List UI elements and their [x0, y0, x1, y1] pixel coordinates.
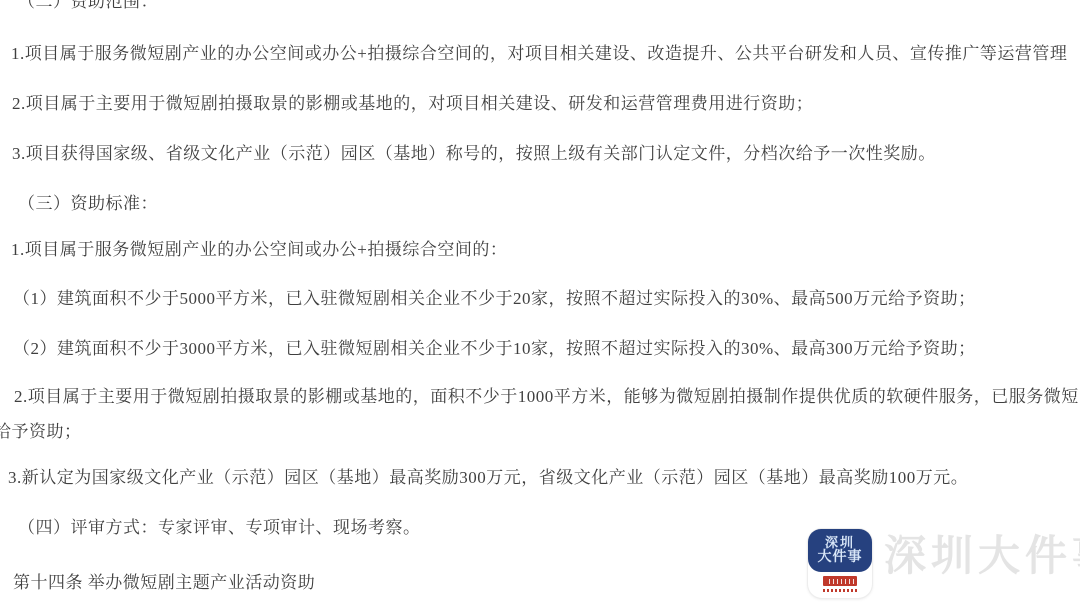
app-icon-red-dots [823, 589, 857, 592]
app-icon-text-line1: 深圳 [825, 536, 855, 550]
scope-item-3: 3.项目获得国家级、省级文化产业（示范）园区（基地）称号的，按照上级有关部门认定… [12, 144, 936, 163]
shenzhen-dajianshi-app-icon: 深圳 大件事 [808, 529, 872, 598]
standard-item-2-line-1: 2.项目属于主要用于微短剧拍摄取景的影棚或基地的，面积不少于1000平方米，能够… [14, 387, 1079, 406]
heading-funding-standard: （三）资助标准： [18, 194, 158, 213]
publisher-watermark: 深圳 大件事 深圳大件事 [806, 528, 1080, 606]
standard-item-1-sub-1: （1）建筑面积不少于5000平方米，已入驻微短剧相关企业不少于20家，按照不超过… [13, 289, 976, 308]
standard-item-3: 3.新认定为国家级文化产业（示范）园区（基地）最高奖励300万元，省级文化产业（… [8, 468, 968, 487]
heading-funding-scope: （二）资助范围： [18, 0, 158, 11]
document-page: （二）资助范围： 1.项目属于服务微短剧产业的办公空间或办公+拍摄综合空间的，对… [0, 0, 1080, 606]
heading-article-14: 第十四条 举办微短剧主题产业活动资助 [13, 573, 315, 592]
app-icon-text-line2: 大件事 [818, 550, 863, 565]
app-icon-blue-panel: 深圳 大件事 [808, 529, 872, 572]
standard-item-2-line-2: 给予资助； [0, 422, 82, 441]
standard-item-1: 1.项目属于服务微短剧产业的办公空间或办公+拍摄综合空间的： [11, 240, 507, 259]
heading-review-method: （四）评审方式：专家评审、专项审计、现场考察。 [18, 518, 421, 537]
watermark-text: 深圳大件事 [884, 533, 1080, 581]
scope-item-1: 1.项目属于服务微短剧产业的办公空间或办公+拍摄综合空间的，对项目相关建设、改造… [11, 44, 1067, 63]
standard-item-1-sub-2: （2）建筑面积不少于3000平方米，已入驻微短剧相关企业不少于10家，按照不超过… [13, 339, 976, 358]
scope-item-2: 2.项目属于主要用于微短剧拍摄取景的影棚或基地的，对项目相关建设、研发和运营管理… [12, 94, 813, 113]
app-icon-red-banner [823, 576, 857, 586]
